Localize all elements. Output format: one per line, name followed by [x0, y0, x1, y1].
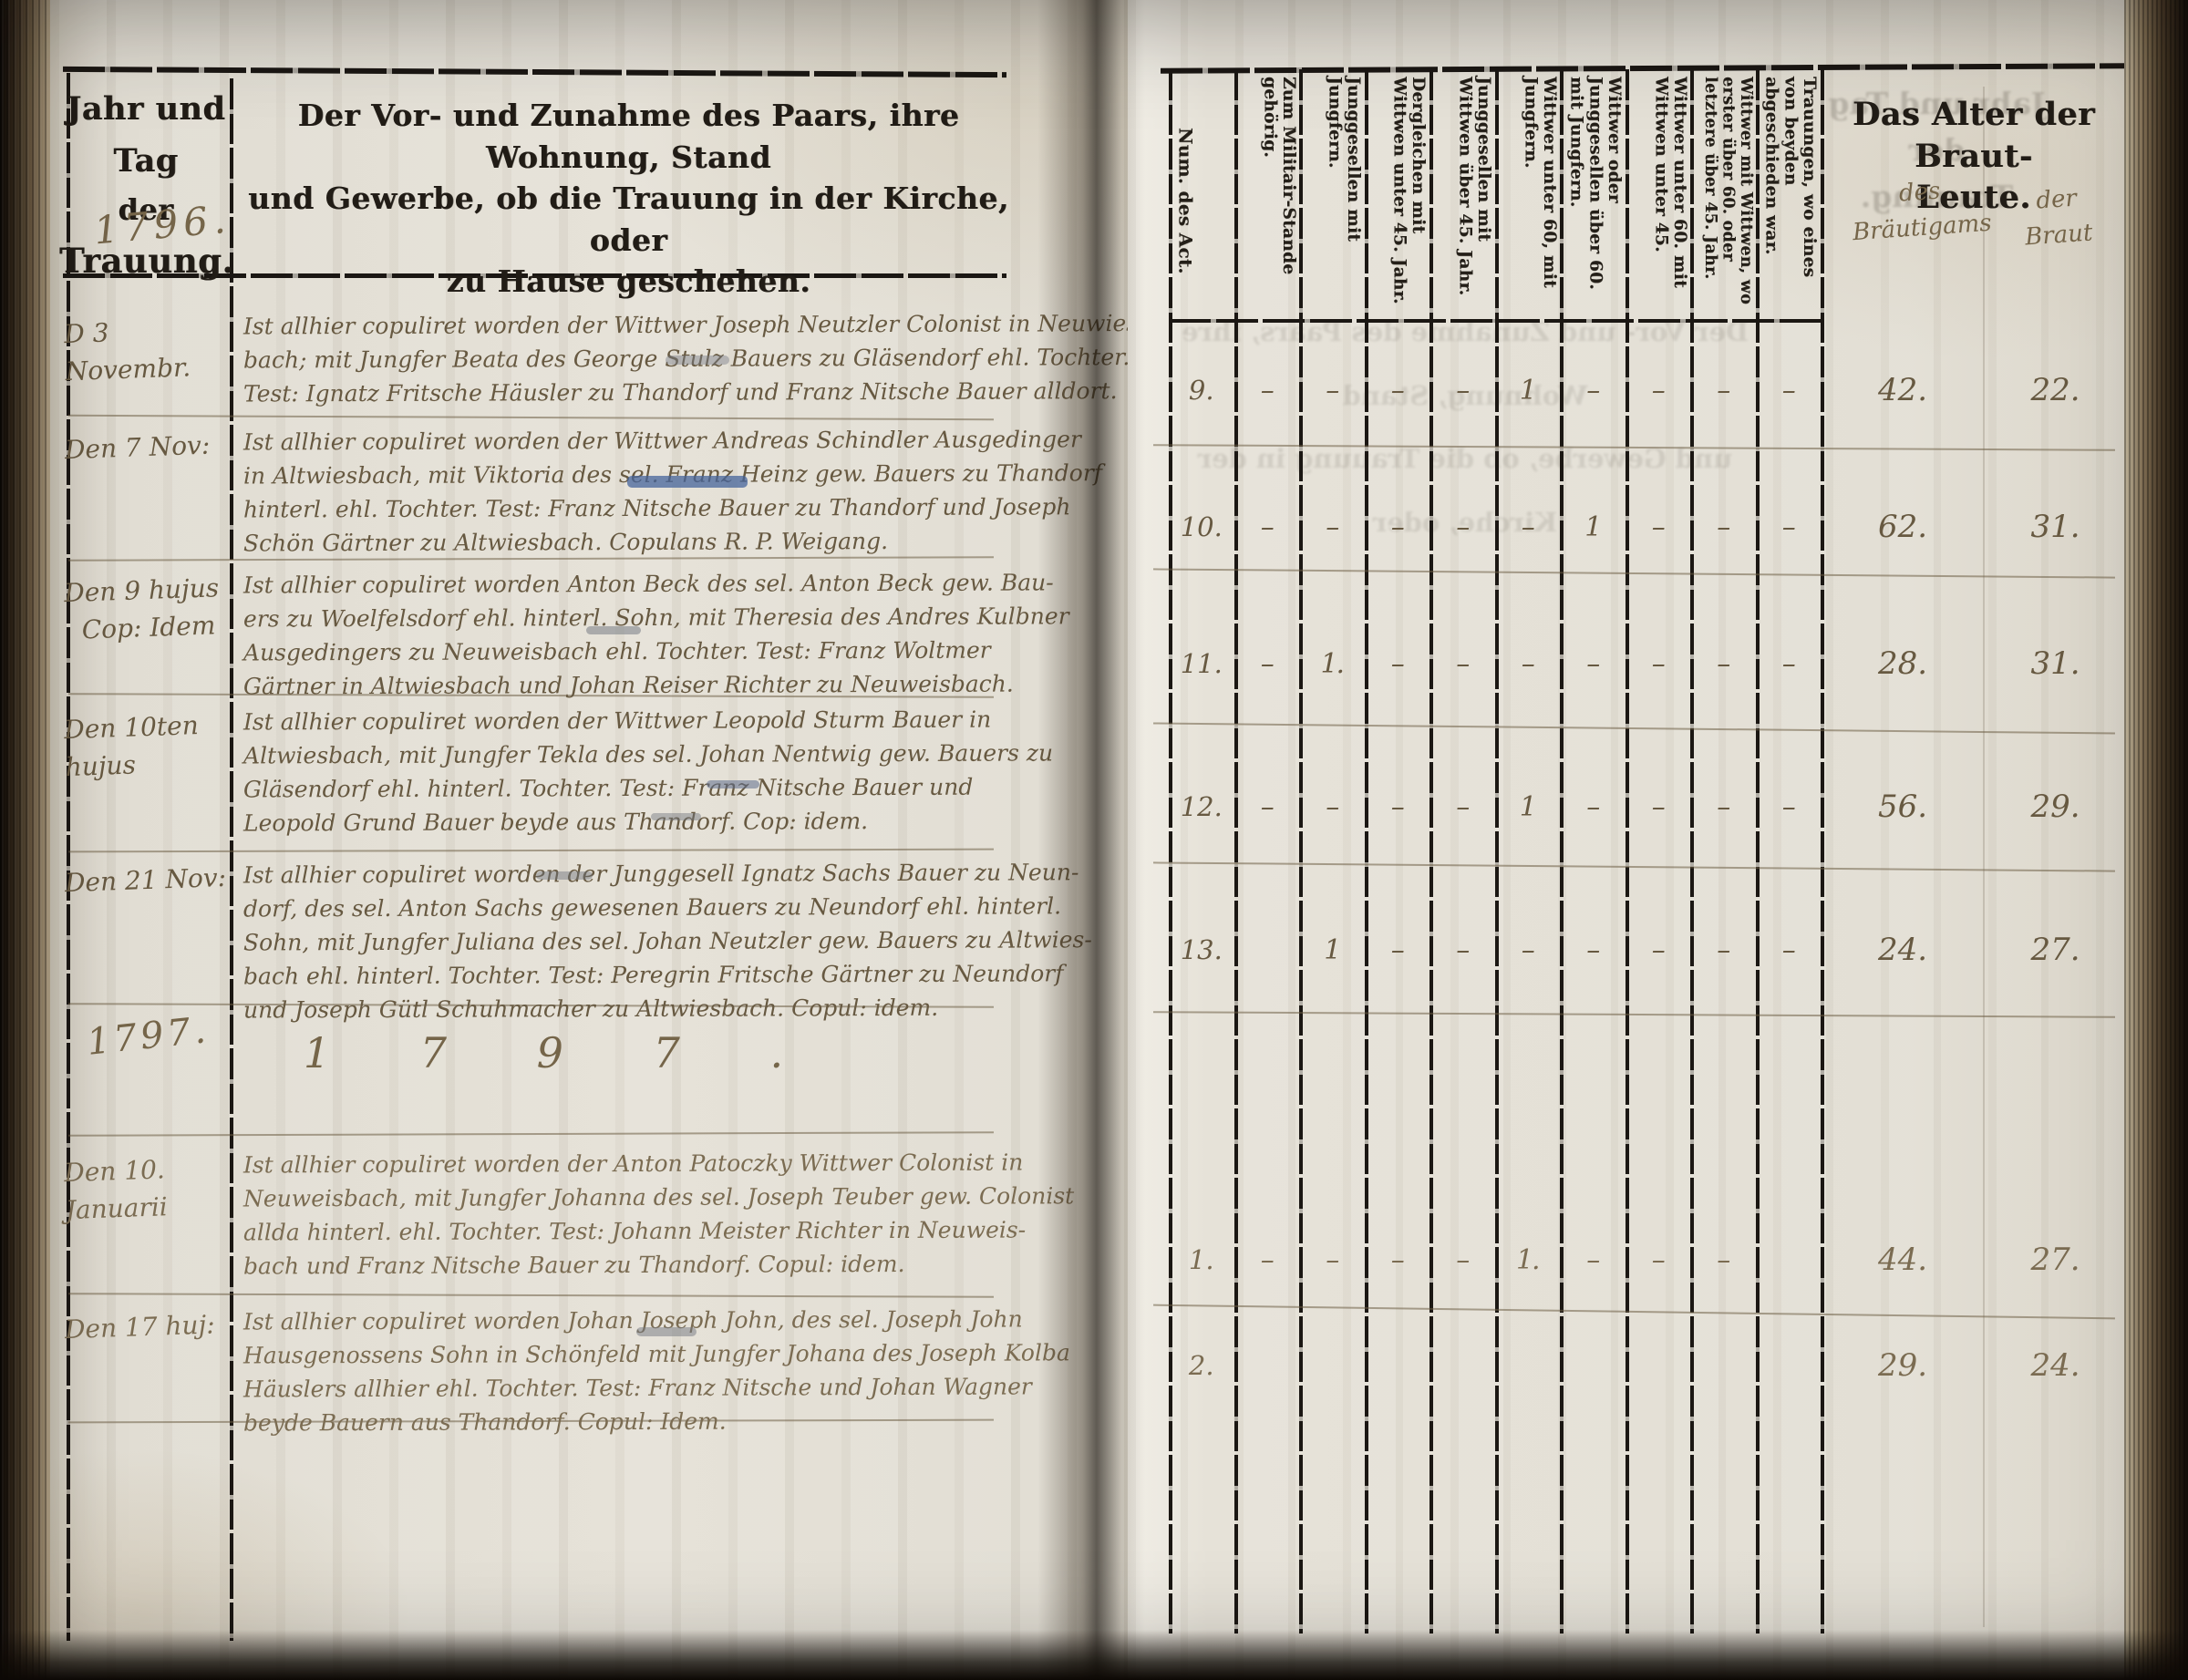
church-marriage-register-spread: Jahr und Tag der Trauung. 1796. Der Vor-… [0, 0, 2188, 1680]
entry-text-line: Ist allhier copuliret worden der Jungges… [243, 856, 1020, 892]
pencil-mark [636, 1327, 697, 1336]
bride-age: 27. [1985, 1242, 2126, 1278]
bride-age-label: der Braut [1996, 179, 2119, 258]
tick-cell: – [1365, 648, 1430, 680]
book-gutter [1037, 0, 1145, 1680]
groom-age: 28. [1821, 645, 1985, 682]
tick-cell: – [1429, 791, 1495, 823]
entry-date: Den 9 hujus Cop: Idem [64, 570, 231, 649]
entry-date: Den 17 huj: [64, 1306, 229, 1349]
tick-cell: – [1626, 1244, 1691, 1276]
main-column-header: Der Vor- und Zunahme des Paars, ihre Woh… [243, 95, 1014, 303]
groom-age: 42. [1821, 372, 1985, 408]
tick-cell: – [1756, 375, 1822, 407]
tick-cell: – [1234, 375, 1300, 407]
row-separator-line [68, 1293, 994, 1298]
entry-text: Ist allhier copuliret worden der Wittwer… [243, 424, 1020, 559]
pencil-mark [707, 780, 759, 788]
top-rule [63, 67, 1006, 77]
groom-age: 29. [1821, 1347, 1985, 1384]
groom-age-label: des Bräutigams [1841, 170, 2000, 252]
bride-age: 29. [1985, 788, 2126, 825]
entry-text-line: beyde Bauern aus Thandorf. Copul: Idem. [243, 1404, 1020, 1440]
entry-date: Den 10. Januarii [64, 1149, 231, 1229]
date-column-header: Jahr und Tag der Trauung. [59, 84, 232, 289]
tick-cell: – [1756, 934, 1822, 966]
stat-column-header: Wittwer unter 60, mit Jungfern. [1500, 77, 1558, 315]
stat-row: 11. – 1. – – – – – – – 28. 31. [1169, 636, 2126, 691]
entry-text-line: Ist allhier copuliret worden der Wittwer… [243, 703, 1020, 739]
tick-cell: – [1365, 1244, 1430, 1276]
entry-date-line: Den 9 hujus [64, 570, 229, 613]
date-column-header-line: Jahr und Tag [59, 84, 232, 187]
entry-text-line: Gärtner in Altwiesbach und Johan Reiser … [243, 667, 1020, 704]
stat-column-header: Dergleichen mit Wittwen unter 45. Jahr. [1368, 77, 1427, 315]
row-separator-line [68, 1131, 994, 1137]
entry-date-line: Den 10. [64, 1149, 229, 1192]
entry-text-line: Häuslers allhier ehl. Tochter. Test: Fra… [243, 1370, 1020, 1407]
entry-text-line: Gläsendorf ehl. hinterl. Tochter. Test: … [243, 770, 1020, 807]
tick-cell: – [1429, 511, 1495, 543]
entry-text-line: Schön Gärtner zu Altwiesbach. Copulans R… [243, 524, 1020, 561]
bride-age: 27. [1985, 932, 2126, 968]
tick-cell: – [1756, 648, 1822, 680]
tick-cell: – [1690, 375, 1756, 407]
stat-column-rule [1234, 69, 1238, 1634]
entry-text-line: Ausgedingers zu Neuweisbach ehl. Tochter… [243, 634, 1020, 670]
bride-age: 22. [1985, 372, 2126, 408]
bride-age-label-line: Braut [1998, 213, 2119, 257]
row-number: 1. [1169, 1244, 1234, 1275]
stat-column-header: Zum Militair-Stande gehörig. [1239, 77, 1297, 315]
tick-cell: – [1234, 648, 1300, 680]
row-separator-line [1153, 568, 2115, 578]
tick-cell: – [1365, 375, 1430, 407]
entry-text: Ist allhier copuliret worden der Wittwer… [243, 704, 1020, 839]
entry-text: Ist allhier copuliret worden der Jungges… [243, 857, 1020, 1026]
tick-cell: – [1626, 791, 1691, 823]
groom-age: 44. [1821, 1242, 1985, 1278]
row-separator-line [1153, 722, 2115, 734]
pencil-mark [651, 813, 701, 820]
groom-age: 24. [1821, 932, 1985, 968]
row-separator-line [1153, 861, 2115, 871]
row-number: 12. [1169, 791, 1234, 822]
stat-column-header: Junggesellen mit Jungfern. [1304, 77, 1362, 315]
pencil-mark [627, 476, 748, 488]
tick-cell: – [1560, 934, 1626, 966]
stat-column-rule [1821, 69, 1824, 1634]
stat-column-header: Wittwer unter 60. mit Wittwen unter 45. [1630, 77, 1688, 315]
stat-row: 2. 29. 24. [1169, 1338, 2126, 1393]
tick-cell: – [1365, 511, 1430, 543]
row-number: 11. [1169, 648, 1234, 679]
stat-column-header: Junggesellen mit Wittwen über 45. Jahr. [1434, 77, 1492, 315]
entry-text-line: Test: Ignatz Fritsche Häusler zu Thandor… [243, 375, 1020, 411]
tick-cell: – [1299, 511, 1365, 543]
tick-cell: – [1626, 375, 1691, 407]
tick-cell: 1. [1495, 1244, 1561, 1276]
entry-text-line: Leopold Grund Bauer beyde aus Thandorf. … [243, 804, 1020, 840]
row-number: 9. [1169, 375, 1234, 406]
entry-date-line: D 3 Novembr. [64, 311, 231, 390]
tick-cell: – [1429, 934, 1495, 966]
tick-cell: – [1299, 791, 1365, 823]
stat-column-rule [1626, 69, 1629, 1634]
tick-cell: – [1299, 1244, 1365, 1276]
pencil-mark [586, 626, 641, 634]
tick-cell: – [1560, 1244, 1626, 1276]
tick-cell: – [1690, 934, 1756, 966]
main-header-line: zu Hause geschehen. [243, 261, 1014, 303]
stat-column-rule [1495, 69, 1499, 1634]
entry-date-line: Den 17 huj: [64, 1306, 229, 1349]
entry-text-line: Ist allhier copuliret worden der Anton P… [243, 1146, 1020, 1182]
entry-text-line: Neuweisbach, mit Jungfer Johanna des sel… [243, 1180, 1020, 1216]
top-rule [1161, 63, 2125, 74]
entry-text-line: bach ehl. hinterl. Tochter. Test: Peregr… [243, 957, 1020, 994]
stat-column-header: Trauungen, wo eines von beyden abgeschie… [1760, 77, 1818, 315]
stat-row: 9. – – – – 1 – – – – 42. 22. [1169, 363, 2126, 417]
tick-cell: – [1756, 511, 1822, 543]
tick-cell: – [1429, 1244, 1495, 1276]
row-separator-line [68, 849, 994, 853]
stat-header-bottom-rule [1169, 319, 1822, 323]
stat-column-rule [1169, 69, 1172, 1634]
groom-age: 56. [1821, 788, 1985, 825]
tick-cell: – [1365, 934, 1430, 966]
right-page: Jahr und Tag der Trauung. Der Vor- und Z… [1128, 0, 2129, 1680]
entry-text: Ist allhier copuliret worden der Anton P… [243, 1147, 1020, 1282]
entry-text-line: und Joseph Gütl Schuhmacher zu Altwiesba… [243, 991, 1020, 1027]
entry-text-line: Ist allhier copuliret worden Johan Josep… [243, 1303, 1020, 1339]
stat-column-rule [1560, 69, 1564, 1634]
stat-column-header: Num. des Act. [1175, 128, 1195, 328]
entry-text-line: dorf, des sel. Anton Sachs gewesenen Bau… [243, 890, 1020, 926]
tick-cell: – [1626, 648, 1691, 680]
bride-age: 31. [1985, 645, 2126, 682]
stat-column-rule [1429, 69, 1433, 1634]
entry-text-line: allda hinterl. ehl. Tochter. Test: Johan… [243, 1213, 1020, 1250]
tick-cell: 1 [1495, 375, 1561, 407]
entry-date: Den 10ten hujus [64, 706, 231, 786]
main-header-line: Der Vor- und Zunahme des Paars, ihre Woh… [243, 95, 1014, 178]
year-heading-main-column: 1 7 9 7 . [243, 1028, 882, 1077]
entry-text-line: bach; mit Jungfer Beata des George Stulz… [243, 341, 1020, 377]
tick-cell: – [1495, 648, 1561, 680]
tick-cell: 1 [1560, 511, 1626, 543]
entry-text-line: bach und Franz Nitsche Bauer zu Thandorf… [243, 1247, 1020, 1283]
entry-text: Ist allhier copuliret worden der Wittwer… [243, 308, 1020, 409]
book-bottom-shadow [0, 1630, 2188, 1680]
tick-cell: – [1690, 511, 1756, 543]
entry-text-line: Altwiesbach, mit Jungfer Tekla des sel. … [243, 737, 1020, 773]
age-column-divider [1983, 87, 1985, 1627]
entry-date: Den 7 Nov: [64, 427, 229, 469]
tick-cell: – [1560, 648, 1626, 680]
stat-row: 13. 1 – – – – – – – 24. 27. [1169, 922, 2126, 977]
entry-date-line: Den 21 Nov: [64, 860, 229, 902]
tick-cell: – [1429, 375, 1495, 407]
row-separator-line [1153, 1304, 2115, 1320]
entry-text-line: Ist allhier copuliret worden der Wittwer… [243, 423, 1020, 459]
stat-column-header: Wittwer mit Wittwen, wo erster über 60. … [1694, 77, 1754, 315]
tick-cell: – [1690, 791, 1756, 823]
tick-cell: – [1495, 934, 1561, 966]
entry-text: Ist allhier copuliret worden Anton Beck … [243, 567, 1020, 702]
row-separator-line [1153, 1011, 2115, 1018]
entry-date-line: Den 7 Nov: [64, 427, 229, 469]
tick-cell: – [1756, 791, 1822, 823]
tick-cell: – [1560, 791, 1626, 823]
entry-text-line: hinterl. ehl. Tochter. Test: Franz Nitsc… [243, 490, 1020, 527]
stat-row: 10. – – – – – 1 – – – 62. 31. [1169, 500, 2126, 554]
pencil-mark [536, 871, 593, 880]
row-number: 13. [1169, 934, 1234, 965]
age-title-line: Das Alter der Braut- [1822, 94, 2125, 177]
tick-cell: – [1626, 511, 1691, 543]
entry-date: D 3 Novembr. [64, 311, 231, 390]
tick-cell: – [1234, 791, 1300, 823]
stat-row: 12. – – – – 1 – – – – 56. 29. [1169, 779, 2126, 834]
tick-cell: – [1429, 648, 1495, 680]
tick-cell: 1 [1299, 934, 1365, 966]
book-edge-right [2124, 0, 2188, 1680]
entry-text-line: Hausgenossens Sohn in Schönfeld mit Jung… [243, 1336, 1020, 1373]
year-heading-date-column: 1797. [85, 1005, 243, 1064]
entry-text-line: Sohn, mit Jungfer Juliana des sel. Johan… [243, 923, 1020, 960]
entry-date-line: Januarii [65, 1186, 230, 1229]
tick-cell: – [1560, 375, 1626, 407]
date-column-rule [230, 78, 233, 1641]
entry-text: Ist allhier copuliret worden Johan Josep… [243, 1304, 1020, 1438]
pencil-mark [666, 356, 729, 365]
left-page: Jahr und Tag der Trauung. 1796. Der Vor-… [50, 0, 1130, 1680]
tick-cell: – [1495, 511, 1561, 543]
row-separator-line [68, 415, 994, 420]
tick-cell: – [1234, 511, 1300, 543]
row-number: 2. [1169, 1350, 1234, 1381]
left-frame-rule [67, 73, 70, 1641]
stat-column-rule [1299, 69, 1303, 1634]
tick-cell: – [1690, 1244, 1756, 1276]
tick-cell: – [1690, 648, 1756, 680]
bride-age: 24. [1985, 1347, 2126, 1384]
entry-date-line: Den 10ten hujus [64, 706, 231, 786]
bride-age: 31. [1985, 509, 2126, 545]
tick-cell: – [1234, 1244, 1300, 1276]
row-number: 10. [1169, 511, 1234, 542]
entry-text-line: Ist allhier copuliret worden der Wittwer… [243, 307, 1020, 344]
stat-column-header: Wittwer oder Junggesellen über 60. mit J… [1564, 77, 1623, 315]
stat-row: 1. – – – – 1. – – – 44. 27. [1169, 1232, 2126, 1287]
entry-text-line: Ist allhier copuliret worden Anton Beck … [243, 566, 1020, 603]
entry-date: Den 21 Nov: [64, 860, 229, 902]
book-spine-left [0, 0, 55, 1680]
main-header-line: und Gewerbe, ob die Trauung in der Kirch… [243, 178, 1014, 261]
groom-age: 62. [1821, 509, 1985, 545]
tick-cell: 1 [1495, 791, 1561, 823]
tick-cell: – [1626, 934, 1691, 966]
tick-cell: 1. [1299, 648, 1365, 680]
tick-cell: – [1299, 375, 1365, 407]
entry-date-line: Cop: Idem [65, 606, 230, 649]
tick-cell: – [1365, 791, 1430, 823]
